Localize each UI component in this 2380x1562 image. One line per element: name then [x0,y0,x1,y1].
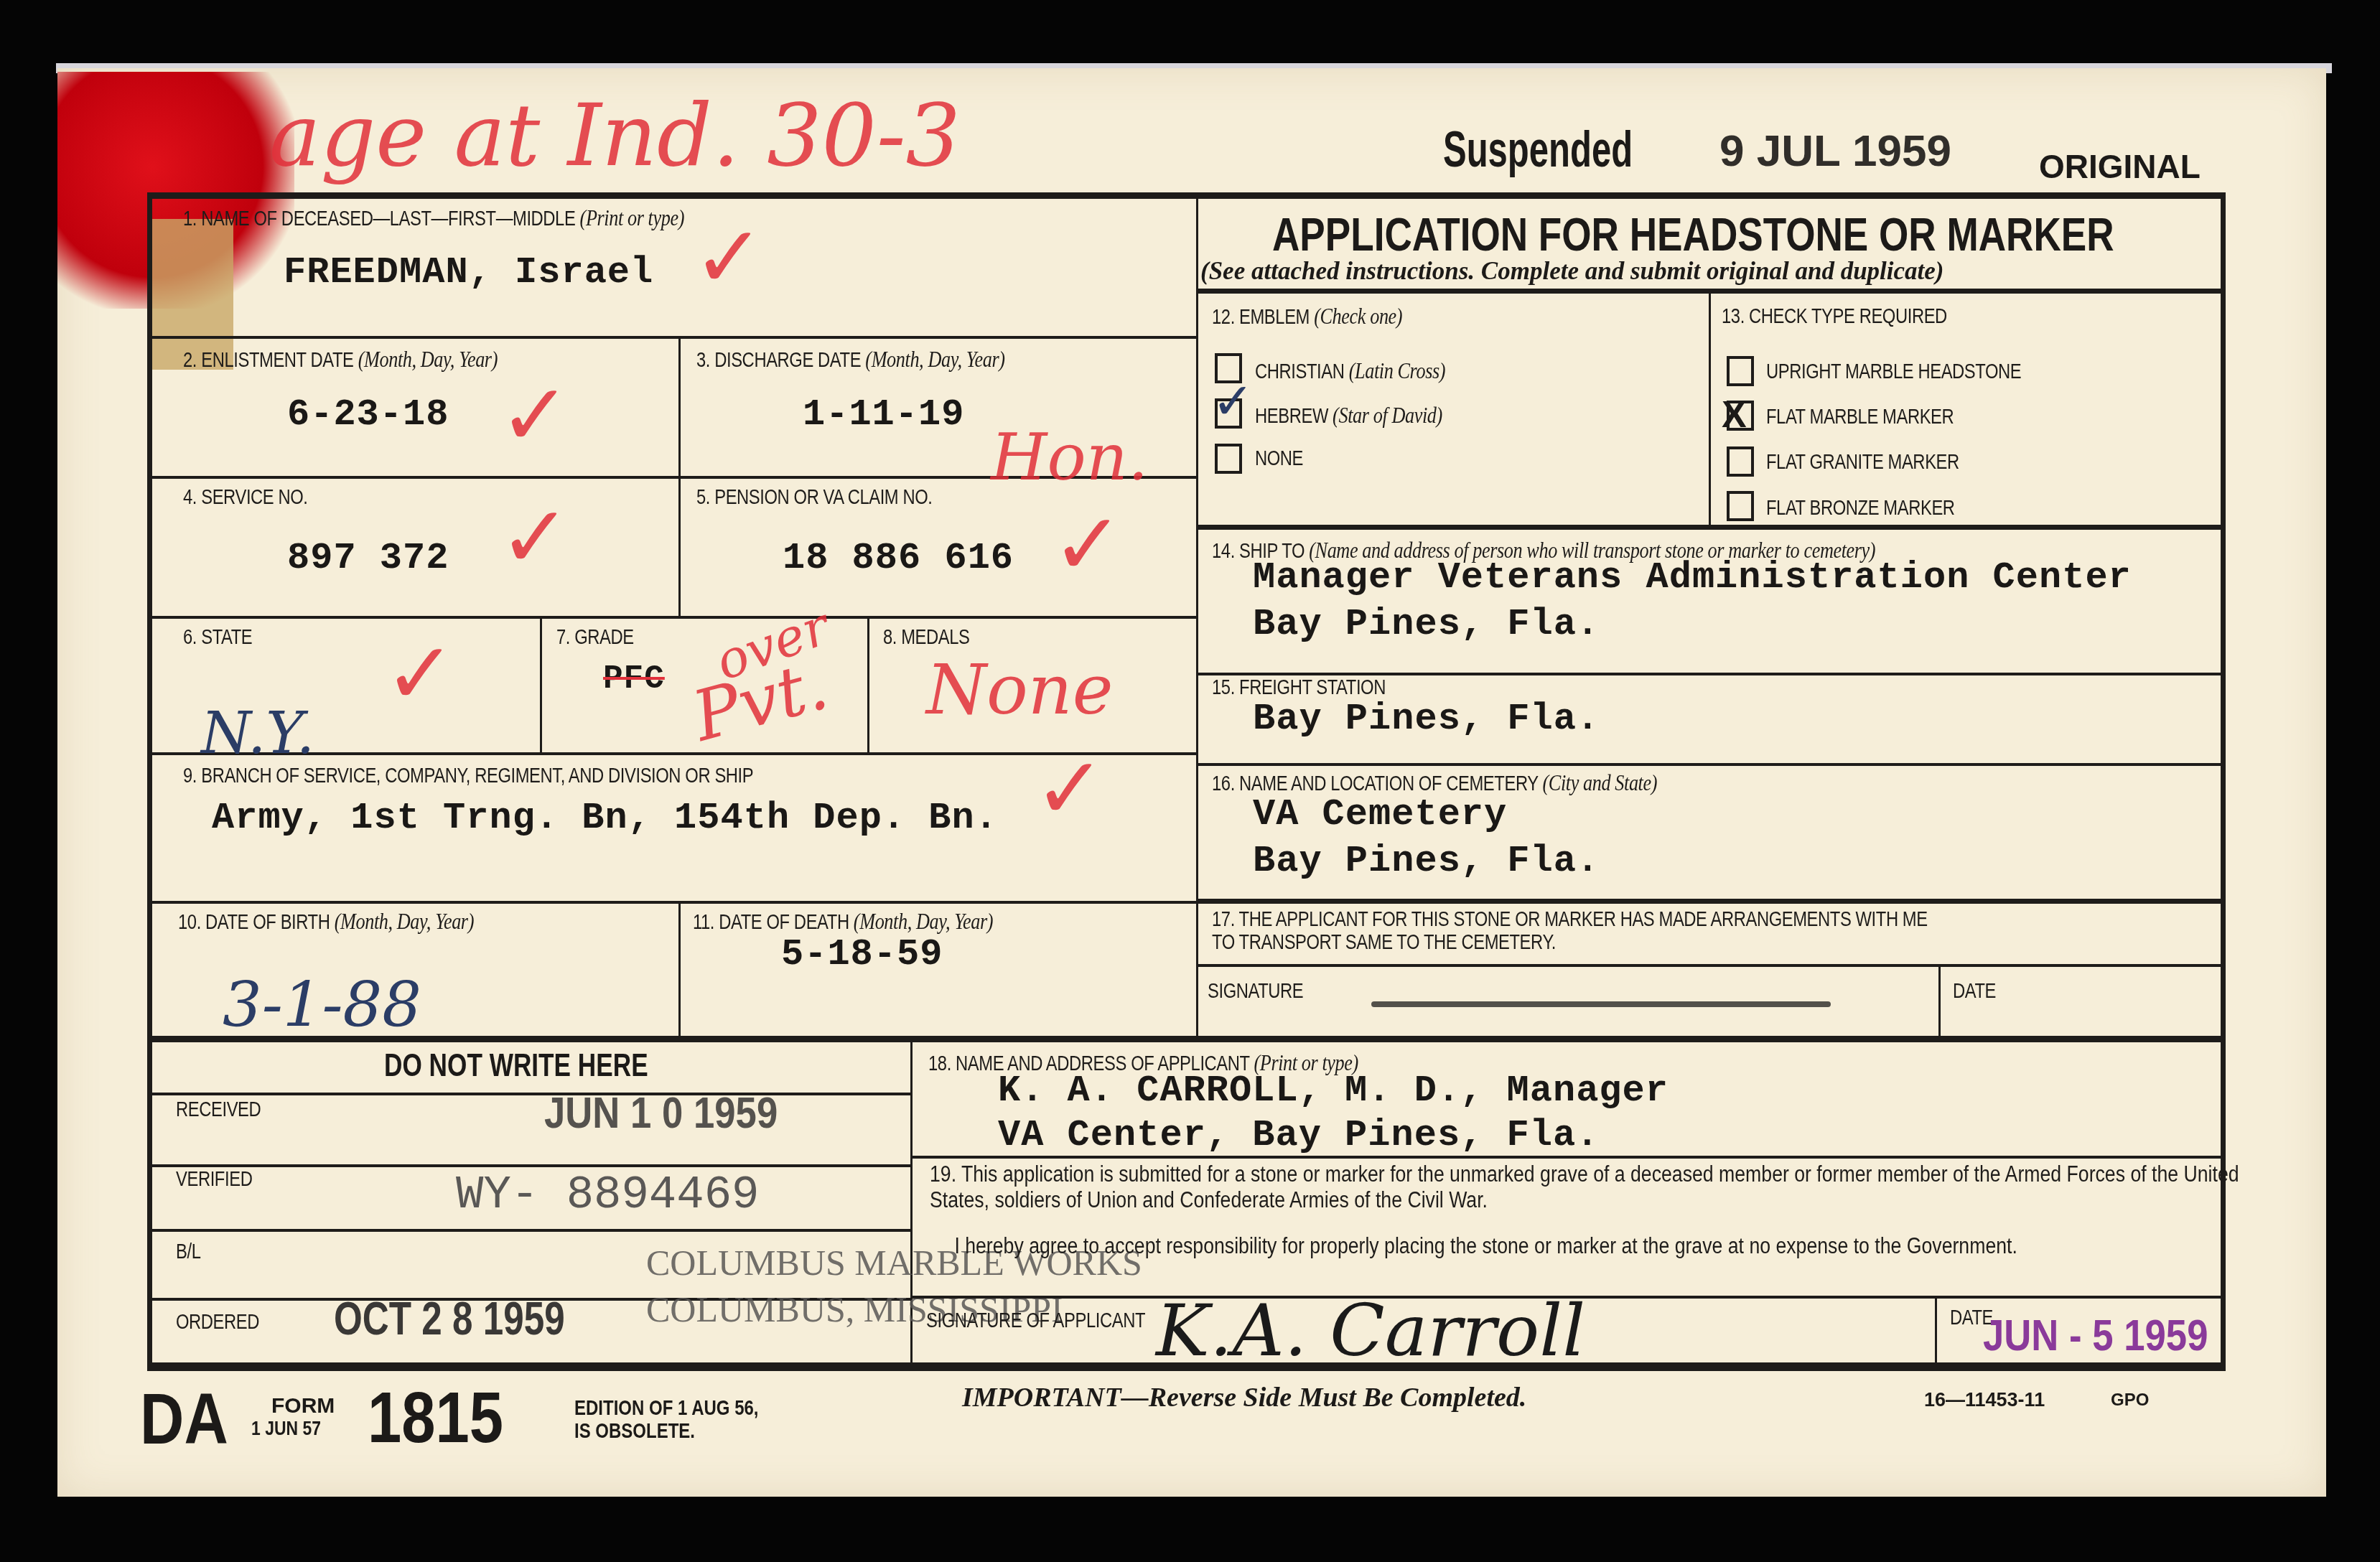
transport-signature-label: SIGNATURE [1208,980,1303,1004]
age-annotation: age at Ind. 30-3 [269,86,961,186]
type-upright-label: UPRIGHT MARBLE HEADSTONE [1766,360,2021,384]
ordered-label: ORDERED [176,1311,259,1334]
form-word: FORM [271,1394,335,1418]
row-divider [1196,289,2221,294]
cemetery-label: 16. NAME AND LOCATION OF CEMETERY (City … [1212,770,1657,796]
cell-divider [867,616,869,752]
form-subtitle: (See attached instructions. Complete and… [1200,257,1944,286]
row-divider [1196,525,2221,530]
section-divider [147,1036,2226,1042]
death-label: 11. DATE OF DEATH (Month, Day, Year) [693,908,993,935]
row-divider [1196,899,2221,904]
form-border-left [147,192,152,1370]
ship-to-line2: Bay Pines, Fla. [1253,603,1600,645]
applicant-signature-label: SIGNATURE OF APPLICANT [926,1309,1145,1333]
edition-line2: IS OBSOLETE. [574,1419,695,1444]
type-flat-marble-label: FLAT MARBLE MARKER [1766,406,1954,429]
name-value: FREEDMAN, Israel [284,251,653,294]
medals-value: None [926,650,1113,730]
row-divider [1196,964,2221,967]
form-title: APPLICATION FOR HEADSTONE OR MARKER [1272,208,2114,261]
suspended-date: 9 JUL 1959 [1719,126,1951,177]
blue-check-icon: ✓ [1212,372,1254,431]
row-divider [152,1093,910,1095]
discharge-label: 3. DISCHARGE DATE (Month, Day, Year) [696,346,1005,373]
row-divider [913,1156,2221,1159]
cell-divider [678,336,681,616]
cemetery-line1: VA Cemetery [1253,793,1507,836]
birth-label: 10. DATE OF BIRTH (Month, Day, Year) [178,908,474,935]
branch-value: Army, 1st Trng. Bn, 154th Dep. Bn. [212,797,998,839]
grade-struck-value: PFC [603,660,665,698]
type-flat-granite-checkbox[interactable] [1727,446,1754,477]
form-number: 1815 [368,1377,503,1459]
red-check-icon: ✓ [1052,502,1124,589]
service-no-value: 897 372 [287,537,449,579]
form-date: 1 JUN 57 [251,1418,321,1440]
verified-value: WY- 8894469 [456,1170,759,1222]
transport-label-1: 17. THE APPLICANT FOR THIS STONE OR MARK… [1212,908,1928,932]
ordered-stamp: OCT 2 8 1959 [334,1292,565,1345]
row-divider [152,1164,910,1167]
emblem-christian-label: CHRISTIAN (Latin Cross) [1255,357,1445,384]
applicant-line2: VA Center, Bay Pines, Fla. [998,1114,1599,1156]
print-code: 16—11453-11 [1924,1389,2045,1411]
statement-para2: I hereby agree to accept responsibility … [930,1233,2264,1259]
service-no-label: 4. SERVICE NO. [183,486,308,510]
claim-no-value: 18 886 616 [783,537,1014,579]
red-check-icon: ✓ [499,495,571,581]
printer-label: GPO [2111,1390,2149,1411]
copy-label: ORIGINAL [2039,147,2201,186]
enlistment-label: 2. ENLISTMENT DATE (Month, Day, Year) [183,346,498,373]
form-border-top [147,192,2226,199]
grade-label: 7. GRADE [556,626,634,650]
statement-para1: 19. This application is submitted for a … [930,1161,2264,1213]
cell-divider [678,901,681,1037]
red-check-icon: ✓ [384,632,457,718]
birth-value: 3-1-88 [223,969,421,1041]
freight-value: Bay Pines, Fla. [1253,698,1600,740]
red-check-icon: ✓ [1034,747,1106,833]
ship-to-line1: Manager Veterans Administration Center [1253,556,2132,599]
x-mark-icon: X [1722,393,1747,436]
type-flat-bronze-label: FLAT BRONZE MARKER [1766,497,1955,520]
transport-date-label: DATE [1953,980,1996,1004]
type-flat-granite-label: FLAT GRANITE MARKER [1766,451,1959,474]
cell-divider [1709,294,1711,525]
applicant-signature: K.A. Carroll [1156,1289,1585,1372]
office-use-heading: DO NOT WRITE HERE [384,1048,648,1084]
type-flat-bronze-checkbox[interactable] [1727,491,1754,521]
state-value: N.Y. [201,700,314,767]
cemetery-line2: Bay Pines, Fla. [1253,840,1600,882]
verified-label: VERIFIED [176,1168,252,1192]
important-note: IMPORTANT—Reverse Side Must Be Completed… [962,1382,1526,1413]
row-divider [1196,673,2221,675]
emblem-hebrew-label: HEBREW (Star of David) [1255,402,1442,429]
bl-label: B/L [176,1240,200,1264]
red-check-icon: ✓ [693,215,765,301]
type-label: 13. CHECK TYPE REQUIRED [1722,305,1947,329]
branch-label: 9. BRANCH OF SERVICE, COMPANY, REGIMENT,… [183,764,753,788]
received-label: RECEIVED [176,1098,261,1122]
cell-divider [1938,964,1941,1037]
edition-line1: EDITION OF 1 AUG 56, [574,1396,759,1421]
emblem-none-label: NONE [1255,447,1303,471]
cell-divider [540,616,542,752]
transport-signature-stroke [1371,1001,1831,1007]
cell-divider [1935,1298,1937,1362]
claim-no-label: 5. PENSION OR VA CLAIM NO. [696,486,933,510]
row-divider [152,901,1196,904]
emblem-none-checkbox[interactable] [1215,444,1242,474]
transport-label-2: TO TRANSPORT SAME TO THE CEMETERY. [1212,931,1556,955]
row-divider [152,616,1196,619]
row-divider [1196,763,2221,766]
freight-label: 15. FREIGHT STATION [1212,676,1386,700]
state-label: 6. STATE [183,626,252,650]
enlistment-value: 6-23-18 [287,393,449,436]
death-value: 5-18-59 [781,933,943,976]
column-divider [1196,192,1198,1039]
emblem-label: 12. EMBLEM (Check one) [1212,303,1402,329]
honorable-annotation: Hon. [991,420,1148,495]
row-divider [152,1229,910,1232]
name-label: 1. NAME OF DECEASED—LAST—FIRST—MIDDLE (P… [183,205,684,231]
form-agency: DA [140,1378,228,1461]
applicant-date-stamp: JUN - 5 1959 [1983,1310,2208,1361]
received-stamp: JUN 1 0 1959 [544,1088,778,1138]
medals-label: 8. MEDALS [883,626,970,650]
row-divider [152,336,1196,339]
red-check-icon: ✓ [499,373,571,459]
discharge-value: 1-11-19 [803,393,964,436]
applicant-line1: K. A. CARROLL, M. D., Manager [998,1070,1669,1112]
suspended-stamp: Suspended [1443,121,1633,178]
type-upright-checkbox[interactable] [1727,356,1754,386]
